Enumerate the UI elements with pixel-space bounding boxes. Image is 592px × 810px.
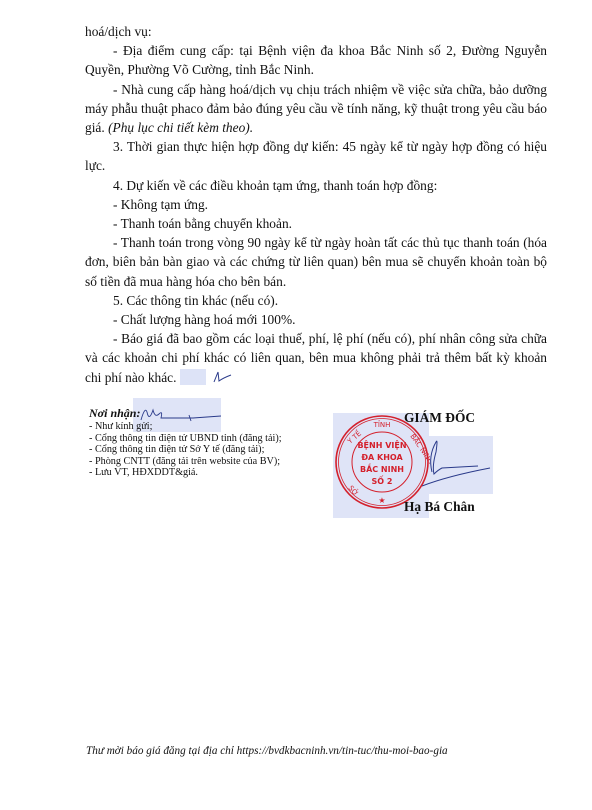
paragraph-no-advance: - Không tạm ứng. (85, 195, 547, 214)
appendix-note: (Phụ lục chi tiết kèm theo). (108, 120, 253, 135)
recipients-title: Nơi nhận: (89, 408, 329, 419)
document-body: hoá/dịch vụ: - Địa điểm cung cấp: tại Bệ… (85, 22, 547, 387)
stamp-star-icon: ★ (378, 496, 385, 505)
director-name: Hạ Bá Chân (404, 499, 475, 515)
recipient-item: - Như kính gửi; (89, 421, 329, 432)
hospital-stamp: TỈNH Y TẾ BẮC NINH SỞ BỆNH VIỆN ĐA KHOA … (334, 414, 430, 510)
paragraph-duration: 3. Thời gian thực hiện hợp đồng dự kiến:… (85, 137, 547, 175)
price-includes-text: - Báo giá đã bao gồm các loại thuế, phí,… (85, 331, 547, 384)
paragraph-payment-term: - Thanh toán trong vòng 90 ngày kể từ ng… (85, 233, 547, 291)
document-page: hoá/dịch vụ: - Địa điểm cung cấp: tại Bệ… (0, 0, 592, 810)
stamp-line-2: ĐA KHOA (361, 453, 403, 462)
recipient-item: - Cổng thông tin điện tử Sở Y tế (đăng t… (89, 444, 329, 455)
paragraph-quality: - Chất lượng hàng hoá mới 100%. (85, 310, 547, 329)
stamp-line-3: BẮC NINH (360, 462, 404, 474)
paragraph-intro: hoá/dịch vụ: (85, 22, 547, 41)
footer-note: Thư mời báo giá đăng tại địa chỉ https:/… (86, 745, 448, 757)
recipient-item: - Cổng thông tin điện tử UBND tỉnh (đăng… (89, 433, 329, 444)
stamp-line-1: BỆNH VIỆN (357, 440, 406, 450)
paragraph-price-includes: - Báo giá đã bao gồm các loại thuế, phí,… (85, 329, 547, 387)
recipients-block: Nơi nhận: - Như kính gửi; - Cổng thông t… (89, 408, 329, 478)
paragraph-location: - Địa điểm cung cấp: tại Bệnh viện đa kh… (85, 41, 547, 79)
stamp-outer-bottom: SỞ (346, 483, 361, 498)
paragraph-payment-heading: 4. Dự kiến về các điều khoản tạm ứng, th… (85, 176, 547, 195)
director-title: GIÁM ĐỐC (404, 410, 475, 426)
paragraph-other-info: 5. Các thông tin khác (nếu có). (85, 291, 547, 310)
stamp-outer-top: TỈNH (373, 420, 391, 429)
stamp-line-4: SỐ 2 (372, 474, 393, 486)
recipient-item: - Phòng CNTT (đăng tải trên website của … (89, 456, 329, 467)
initial-signature-icon (180, 369, 206, 385)
recipient-item: - Lưu VT, HĐXDDT&giá. (89, 467, 329, 478)
paragraph-provider: - Nhà cung cấp hàng hoá/dịch vụ chịu trá… (85, 80, 547, 138)
paragraph-transfer: - Thanh toán bằng chuyển khoản. (85, 214, 547, 233)
